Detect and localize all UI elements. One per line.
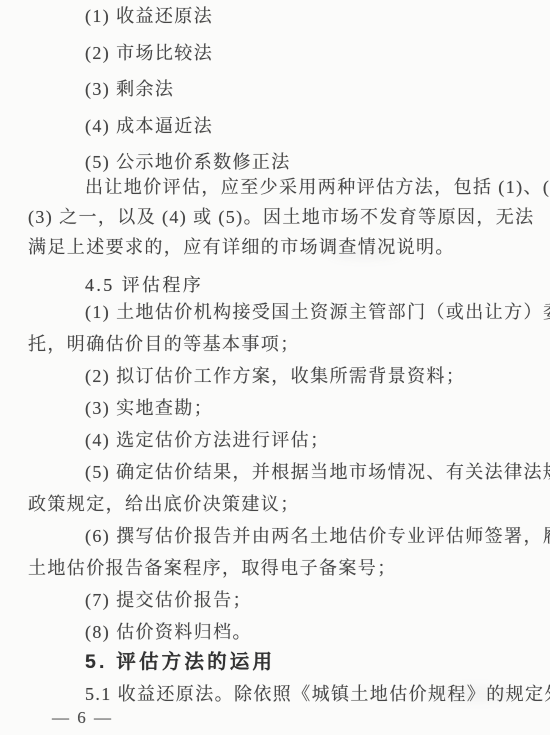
- step-line: 土地估价报告备案程序，取得电子备案号；: [28, 552, 528, 584]
- step-line: (8) 估价资料归档。: [28, 616, 528, 648]
- paragraph-line: 出让地价评估，应至少采用两种评估方法，包括 (1)、(2)、: [28, 172, 528, 202]
- valuation-method-list: (1) 收益还原法 (2) 市场比较法 (3) 剩余法 (4) 成本逼近法 (5…: [28, 0, 528, 181]
- step-line: (4) 选定估价方法进行评估；: [28, 424, 528, 456]
- step-line: (7) 提交估价报告；: [28, 584, 528, 616]
- step-line: (2) 拟订估价工作方案，收集所需背景资料；: [28, 360, 528, 392]
- method-item-3: (3) 剩余法: [28, 71, 528, 108]
- document-page: (1) 收益还原法 (2) 市场比较法 (3) 剩余法 (4) 成本逼近法 (5…: [0, 0, 550, 733]
- method-item-2: (2) 市场比较法: [28, 35, 528, 72]
- step-line: (6) 撰写估价报告并由两名土地估价专业评估师签署，履行: [28, 520, 528, 552]
- procedure-steps: (1) 土地估价机构接受国土资源主管部门（或出让方）委 托，明确估价目的等基本事…: [28, 296, 528, 648]
- paragraph-method-requirements: 出让地价评估，应至少采用两种评估方法，包括 (1)、(2)、 (3) 之一，以及…: [28, 172, 528, 262]
- heading-5-method-application: 5. 评估方法的运用: [28, 646, 528, 678]
- paragraph-line: 满足上述要求的，应有详细的市场调查情况说明。: [28, 232, 528, 262]
- step-line: (1) 土地估价机构接受国土资源主管部门（或出让方）委: [28, 296, 528, 328]
- page-number: — 6 —: [28, 708, 528, 728]
- step-line: (3) 实地查勘；: [28, 392, 528, 424]
- method-item-4: (4) 成本逼近法: [28, 108, 528, 145]
- paragraph-line: (3) 之一，以及 (4) 或 (5)。因土地市场不发育等原因，无法: [28, 202, 528, 232]
- method-item-1: (1) 收益还原法: [28, 0, 528, 35]
- step-line: 政策规定，给出底价决策建议；: [28, 488, 528, 520]
- step-line: 托，明确估价目的等基本事项；: [28, 328, 528, 360]
- step-line: (5) 确定估价结果，并根据当地市场情况、有关法律法规和: [28, 456, 528, 488]
- paragraph-5-1-income-method: 5.1 收益还原法。除依照《城镇土地估价规程》的规定外，: [28, 678, 528, 710]
